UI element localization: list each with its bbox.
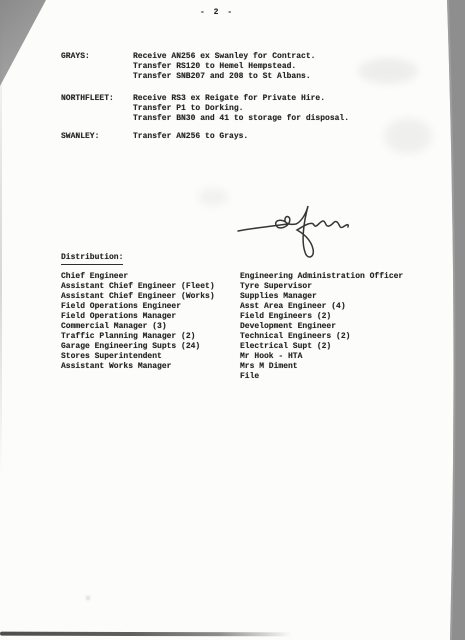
scanner-edge-line [0,632,292,636]
location-label: SWANLEY: [61,132,99,142]
entry-line: Transfer SNB207 and 208 to St Albans. [133,72,315,82]
location-label: GRAYS: [61,52,90,62]
distribution-item: Field Operations Engineer [61,302,215,312]
scan-smudge [198,188,228,206]
distribution-item: Asst Area Engineer (4) [240,302,403,312]
distribution-item: Chief Engineer [61,272,215,282]
scan-smudge [384,118,432,154]
distribution-item: Field Engineers (2) [240,312,403,322]
distribution-item: File [240,372,403,382]
distribution-item: Electrical Supt (2) [240,342,403,352]
distribution-left-column: Chief EngineerAssistant Chief Engineer (… [61,272,215,372]
distribution-item: Development Engineer [240,322,403,332]
entry-line: Receive AN256 ex Swanley for Contract. [133,52,315,62]
distribution-item: Mr Hook - HTA [240,352,403,362]
distribution-item: Mrs M Diment [240,362,403,372]
distribution-item: Field Operations Manager [61,312,215,322]
distribution-right-column: Engineering Administration OfficerTyre S… [240,272,403,382]
memo-entry-grays: GRAYS: Receive AN256 ex Swanley for Cont… [61,52,315,82]
distribution-heading: Distribution: [61,253,123,265]
distribution-item: Stores Superintendent [61,352,215,362]
page-edge-shadow-left [0,0,2,640]
distribution-item: Garage Engineering Supts (24) [61,342,215,352]
scan-speck [86,596,90,600]
entry-line: Transfer AN256 to Grays. [133,132,248,142]
scan-smudge [358,58,418,84]
distribution-item: Supplies Manager [240,292,403,302]
distribution-item: Tyre Supervisor [240,282,403,292]
distribution-item: Assistant Works Manager [61,362,215,372]
entry-lines: Transfer AN256 to Grays. [133,132,248,142]
distribution-item: Assistant Chief Engineer (Fleet) [61,282,215,292]
page-edge-shadow-right [445,0,465,640]
memo-entry-swanley: SWANLEY: Transfer AN256 to Grays. [61,132,248,142]
distribution-item: Technical Engineers (2) [240,332,403,342]
location-label: NORTHFLEET: [61,94,114,104]
entry-line: Transfer P1 to Dorking. [133,104,349,114]
distribution-item: Commercial Manager (3) [61,322,215,332]
entry-lines: Receive RS3 ex Reigate for Private Hire.… [133,94,349,124]
distribution-item: Traffic Planning Manager (2) [61,332,215,342]
entry-lines: Receive AN256 ex Swanley for Contract.Tr… [133,52,315,82]
memo-entry-northfleet: NORTHFLEET: Receive RS3 ex Reigate for P… [61,94,349,124]
scanned-memo-page: - 2 - GRAYS: Receive AN256 ex Swanley fo… [0,0,465,640]
signature-mark [228,197,358,269]
entry-line: Transfer RS120 to Hemel Hempstead. [133,62,315,72]
corner-fold-shadow [0,0,46,86]
page-number: - 2 - [200,8,234,18]
distribution-item: Assistant Chief Engineer (Works) [61,292,215,302]
entry-line: Transfer BN30 and 41 to storage for disp… [133,114,349,124]
entry-line: Receive RS3 ex Reigate for Private Hire. [133,94,349,104]
distribution-item: Engineering Administration Officer [240,272,403,282]
